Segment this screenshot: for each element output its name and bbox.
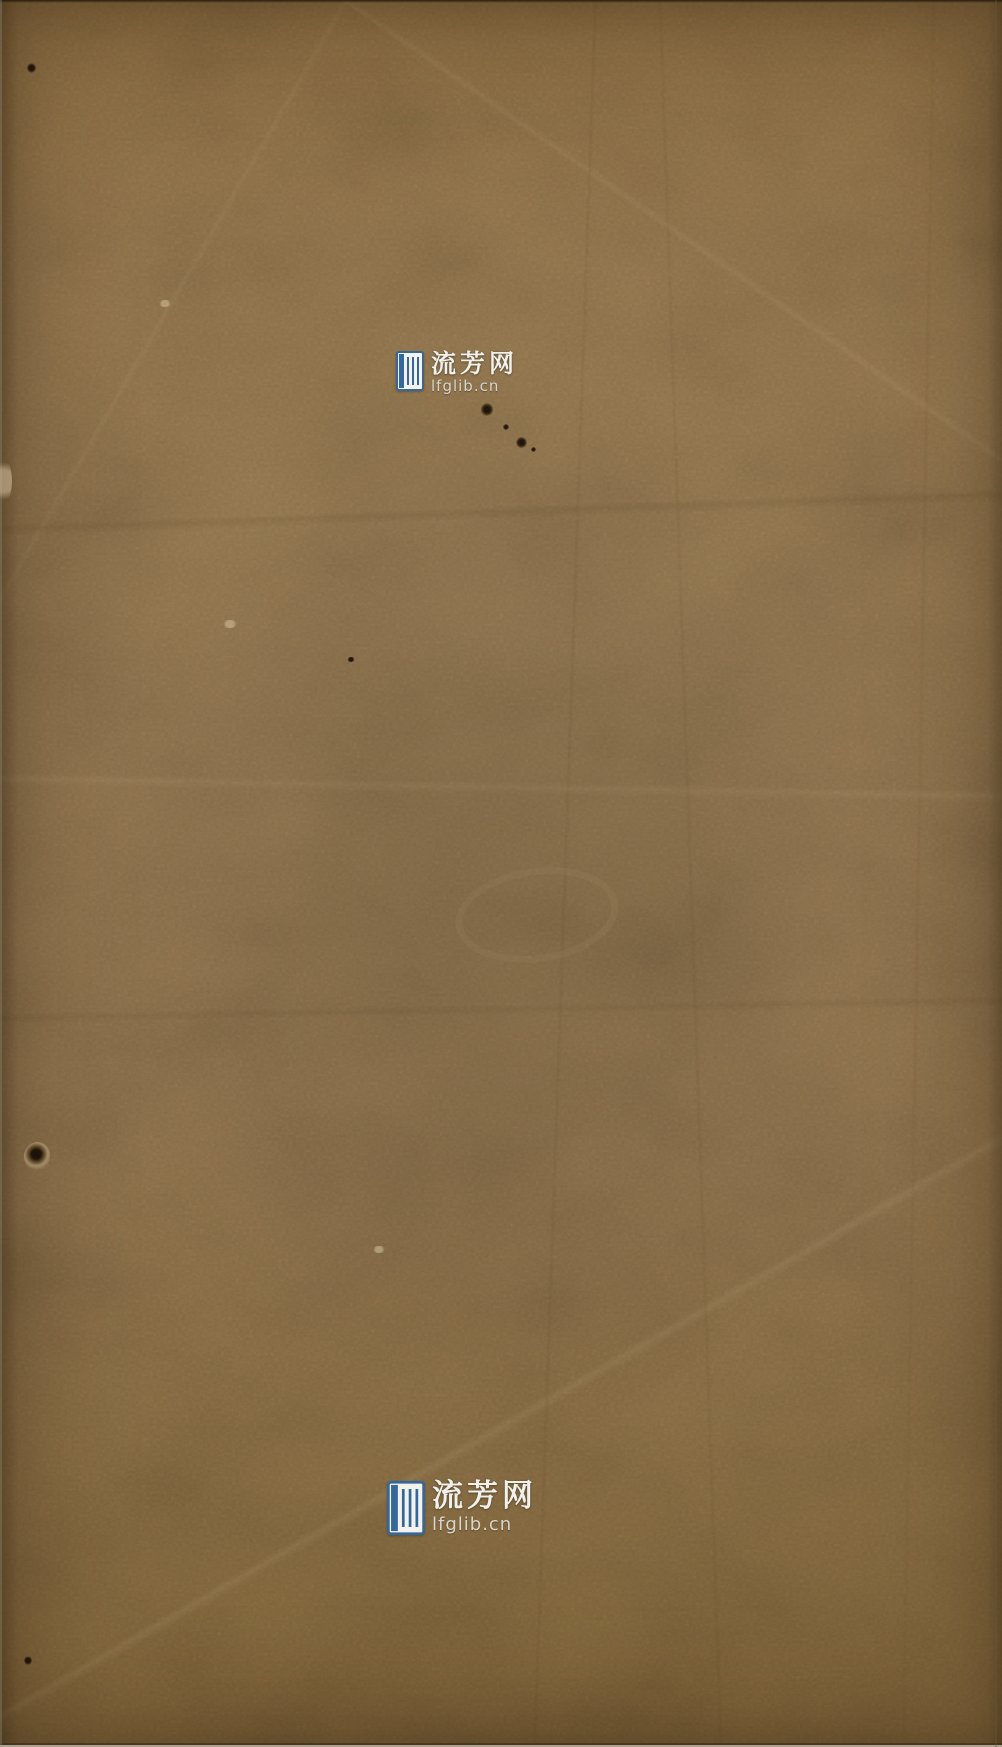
watermark-text-block: 流芳网 lfglib.cn	[431, 351, 518, 395]
watermark-top: 流芳网 lfglib.cn	[396, 351, 518, 395]
watermark-site: lfglib.cn	[432, 1516, 537, 1535]
right-edge-line	[995, 0, 997, 1747]
ink-speck	[27, 63, 36, 73]
watermark-brand: 流芳网	[432, 1480, 537, 1513]
ink-speck	[24, 1656, 32, 1665]
bottom-edge-line	[0, 1743, 1002, 1747]
book-icon	[396, 351, 424, 391]
fiber-fleck	[372, 1246, 386, 1253]
crease-lines-overlay	[0, 0, 1002, 1747]
ink-speck	[531, 447, 536, 452]
worm-hole-blemish	[20, 1138, 54, 1173]
book-icon	[387, 1480, 425, 1536]
ink-speck	[516, 437, 527, 448]
watermark-brand: 流芳网	[431, 351, 518, 377]
top-edge-shadow	[0, 0, 1002, 3]
edge-vignette	[0, 0, 1002, 1747]
fiber-fleck	[158, 300, 172, 307]
scanned-book-cover-page: 流芳网 lfglib.cn 流芳网 lfglib.cn	[0, 0, 1002, 1747]
watermark-text-block: 流芳网 lfglib.cn	[432, 1480, 537, 1534]
watermark-bottom: 流芳网 lfglib.cn	[387, 1480, 537, 1536]
ink-speck	[503, 424, 509, 430]
paper-mottle-texture	[0, 0, 1002, 1747]
ink-speck	[481, 403, 493, 416]
ghost-impression-ring	[449, 857, 624, 973]
watermark-site: lfglib.cn	[431, 379, 518, 395]
fiber-fleck	[222, 620, 238, 628]
left-edge-damage	[0, 458, 12, 504]
ink-speck	[347, 657, 355, 662]
left-edge-line	[0, 0, 2, 1747]
paper-grain-texture	[0, 0, 1002, 1747]
